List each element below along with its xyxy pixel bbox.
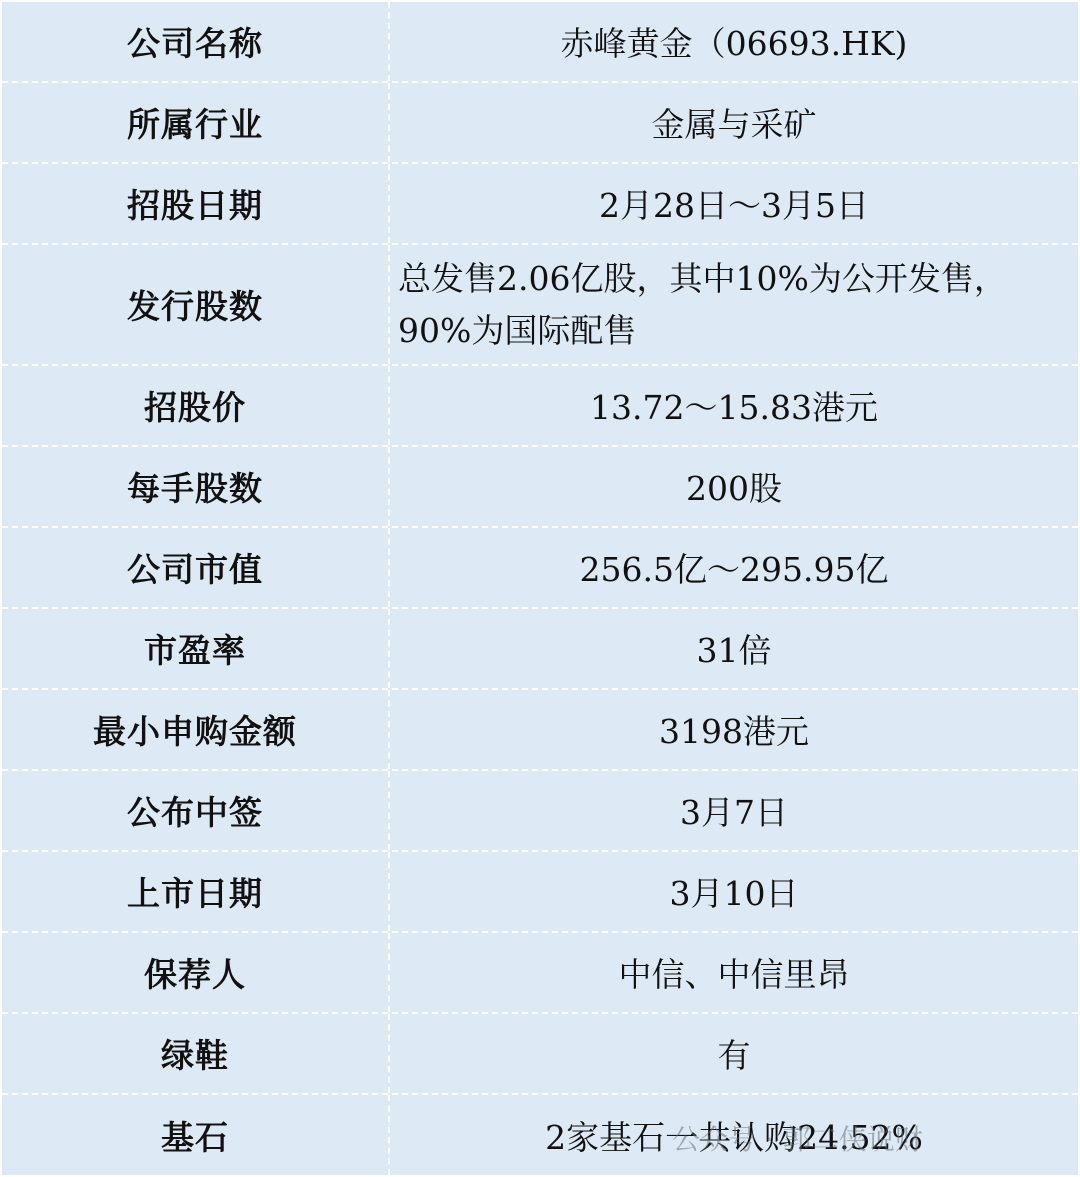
row-value: 3月10日 (390, 852, 1078, 931)
row-label: 市盈率 (2, 609, 390, 688)
table-row: 招股日期 2月28日～3月5日 (2, 164, 1078, 245)
row-label: 公司市值 (2, 528, 390, 607)
table-row: 上市日期 3月10日 (2, 852, 1078, 933)
row-value: 赤峰黄金（06693.HK) (390, 2, 1078, 81)
row-value: 31倍 (390, 609, 1078, 688)
row-value: 有 (390, 1014, 1078, 1093)
row-value: 2月28日～3月5日 (390, 164, 1078, 243)
table-row: 公司市值 256.5亿～295.95亿 (2, 528, 1078, 609)
table-row: 最小申购金额 3198港元 (2, 690, 1078, 771)
row-value: 总发售2.06亿股，其中10%为公开发售，90%为国际配售 (390, 245, 1078, 364)
table-row: 市盈率 31倍 (2, 609, 1078, 690)
row-label: 绿鞋 (2, 1014, 390, 1093)
row-label: 所属行业 (2, 83, 390, 162)
row-label: 每手股数 (2, 447, 390, 526)
ipo-info-table: 公司名称 赤峰黄金（06693.HK) 所属行业 金属与采矿 招股日期 2月28… (2, 2, 1078, 1175)
table-row: 每手股数 200股 (2, 447, 1078, 528)
table-row: 招股价 13.72～15.83港元 (2, 366, 1078, 447)
table-row: 公司名称 赤峰黄金（06693.HK) (2, 2, 1078, 83)
row-value: 13.72～15.83港元 (390, 366, 1078, 445)
table-row: 所属行业 金属与采矿 (2, 83, 1078, 164)
table-row: 公布中签 3月7日 (2, 771, 1078, 852)
row-label: 最小申购金额 (2, 690, 390, 769)
row-value: 中信、中信里昂 (390, 933, 1078, 1012)
row-label: 招股日期 (2, 164, 390, 243)
table-row: 绿鞋 有 (2, 1014, 1078, 1095)
row-label: 保荐人 (2, 933, 390, 1012)
row-value: 200股 (390, 447, 1078, 526)
row-value: 256.5亿～295.95亿 (390, 528, 1078, 607)
row-value: 3月7日 (390, 771, 1078, 850)
row-label: 公布中签 (2, 771, 390, 850)
row-label: 发行股数 (2, 245, 390, 364)
row-label: 公司名称 (2, 2, 390, 81)
watermark: 公众号 · 郭二侠说财 (672, 1118, 923, 1158)
row-value: 金属与采矿 (390, 83, 1078, 162)
row-label: 上市日期 (2, 852, 390, 931)
row-value: 3198港元 (390, 690, 1078, 769)
row-label: 基石 (2, 1095, 390, 1175)
row-label: 招股价 (2, 366, 390, 445)
table-row: 发行股数 总发售2.06亿股，其中10%为公开发售，90%为国际配售 (2, 245, 1078, 366)
table-row: 保荐人 中信、中信里昂 (2, 933, 1078, 1014)
